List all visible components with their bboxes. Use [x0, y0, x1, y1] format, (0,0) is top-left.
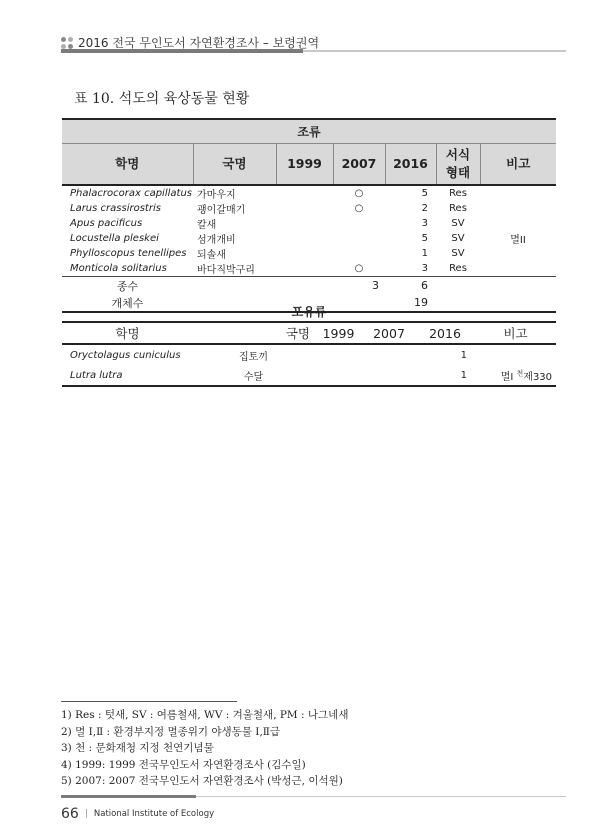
cell-y1999 — [276, 216, 333, 231]
table-row: Monticola solitarius바다직박구리○3Res — [62, 261, 556, 277]
cell-habit: Res — [436, 201, 480, 216]
cell-korean: 되솔새 — [193, 246, 276, 261]
footer-separator: | — [85, 809, 88, 819]
footnote: 1) Res : 텃새, SV : 여름철새, WV : 겨울철새, PM : … — [61, 707, 348, 724]
cell-korean: 칼새 — [193, 216, 276, 231]
footer-rule — [61, 795, 196, 798]
cell-scientific: Phylloscopus tenellipes — [62, 246, 193, 261]
table-row: Apus pacificus칼새3SV — [62, 216, 556, 231]
col-note: 비고 — [480, 144, 556, 186]
cell-habit: Res — [436, 185, 480, 201]
mammals-table: 포유류 학명 국명 1999 2007 2016 비고 Oryctolagus … — [62, 302, 556, 387]
mammals-group-label: 포유류 — [62, 302, 556, 322]
cell-habit: SV — [436, 246, 480, 261]
cell-y2007 — [363, 344, 415, 365]
cell-habit: SV — [436, 231, 480, 246]
cell-y2016: 5 — [385, 185, 436, 201]
col-2007: 2007 — [363, 322, 415, 344]
cell-y1999 — [314, 344, 363, 365]
cell-scientific: Locustella pleskei — [62, 231, 193, 246]
col-habit: 서식형태 — [436, 144, 480, 186]
birds-group-label: 조류 — [62, 119, 556, 144]
cell-y2016: 6 — [385, 277, 436, 295]
col-korean: 국명 — [193, 144, 276, 186]
cell-korean: 가마우지 — [193, 185, 276, 201]
footer-rule-light — [196, 796, 566, 797]
footnote: 5) 2007: 2007 전국무인도서 자연환경조사 (박성근, 이석원) — [61, 773, 348, 790]
cell-note — [480, 246, 556, 261]
cell-y2007 — [363, 365, 415, 386]
cell-scientific: Oryctolagus cuniculus — [62, 344, 193, 365]
cell-y2007 — [333, 246, 385, 261]
cell-y1999 — [276, 231, 333, 246]
cell-y1999 — [314, 365, 363, 386]
cell-scientific: Monticola solitarius — [62, 261, 193, 277]
cell-scientific: Phalacrocorax capillatus — [62, 185, 193, 201]
cell-note: 멸II — [480, 231, 556, 246]
col-korean: 국명 — [193, 322, 314, 344]
cell-y1999 — [276, 201, 333, 216]
cell-korean: 섬개개비 — [193, 231, 276, 246]
cell-korean: 수달 — [193, 365, 314, 386]
col-scientific: 학명 — [62, 322, 193, 344]
birds-table: 조류 학명 국명 1999 2007 2016 서식형태 비고 Phalacro… — [62, 118, 556, 313]
cell-y1999 — [276, 185, 333, 201]
cell-habit: SV — [436, 216, 480, 231]
footnote: 2) 멸 Ⅰ,Ⅱ : 환경부지정 멸종위기 야생동물 Ⅰ,Ⅱ급 — [61, 724, 348, 741]
institution-name: National Institute of Ecology — [94, 809, 214, 819]
cell-note: 멸Ⅰ 천제330 — [475, 365, 556, 386]
table-row: Phalacrocorax capillatus가마우지○5Res — [62, 185, 556, 201]
cell-y2016: 1 — [415, 344, 475, 365]
col-1999: 1999 — [276, 144, 333, 186]
table-row: Oryctolagus cuniculus집토끼1 — [62, 344, 556, 365]
cell-scientific: Larus crassirostris — [62, 201, 193, 216]
col-scientific: 학명 — [62, 144, 193, 186]
col-note: 비고 — [475, 322, 556, 344]
table-row: Larus crassirostris괭이갈매기○2Res — [62, 201, 556, 216]
footnotes: 1) Res : 텃새, SV : 여름철새, WV : 겨울철새, PM : … — [61, 707, 348, 790]
table-row: Locustella pleskei섬개개비5SV멸II — [62, 231, 556, 246]
cell-y2016: 5 — [385, 231, 436, 246]
page-footer: 66 | National Institute of Ecology — [61, 806, 214, 822]
col-2016: 2016 — [385, 144, 436, 186]
footnote: 3) 천 : 문화재청 지정 천연기념물 — [61, 740, 348, 757]
cell-scientific: Apus pacificus — [62, 216, 193, 231]
cell-y1999 — [276, 246, 333, 261]
cell-y2016: 3 — [385, 261, 436, 277]
cell-note — [480, 201, 556, 216]
cell-note — [480, 261, 556, 277]
cell-y2016: 1 — [415, 365, 475, 386]
cell-korean: 집토끼 — [193, 344, 314, 365]
cell-y2016: 3 — [385, 216, 436, 231]
summary-row: 종수36 — [62, 277, 556, 295]
cell-y2007: ○ — [333, 261, 385, 277]
header-rule — [61, 49, 303, 53]
cell-y2007 — [333, 216, 385, 231]
cell-y2007 — [333, 231, 385, 246]
table-row: Lutra lutra수달1멸Ⅰ 천제330 — [62, 365, 556, 386]
cell-korean: 바다직박구리 — [193, 261, 276, 277]
table-caption: 표 10. 석도의 육상동물 현황 — [74, 88, 249, 108]
cell-note — [475, 344, 556, 365]
summary-label: 종수 — [62, 277, 193, 295]
cell-note — [480, 185, 556, 201]
table-row: Phylloscopus tenellipes되솔새1SV — [62, 246, 556, 261]
cell-y2007: ○ — [333, 185, 385, 201]
cell-note — [480, 216, 556, 231]
cell-habit: Res — [436, 261, 480, 277]
col-1999: 1999 — [314, 322, 363, 344]
footnote-rule — [61, 701, 237, 702]
cell-y2007: 3 — [333, 277, 385, 295]
header-rule-light — [303, 50, 566, 52]
cell-y2016: 1 — [385, 246, 436, 261]
cell-korean: 괭이갈매기 — [193, 201, 276, 216]
footnote: 4) 1999: 1999 전국무인도서 자연환경조사 (김수일) — [61, 757, 348, 774]
cell-y2007: ○ — [333, 201, 385, 216]
col-2007: 2007 — [333, 144, 385, 186]
col-2016: 2016 — [415, 322, 475, 344]
page-number: 66 — [61, 806, 79, 822]
cell-scientific: Lutra lutra — [62, 365, 193, 386]
cell-y2016: 2 — [385, 201, 436, 216]
bullet-dots-icon — [61, 37, 73, 49]
cell-y1999 — [276, 261, 333, 277]
